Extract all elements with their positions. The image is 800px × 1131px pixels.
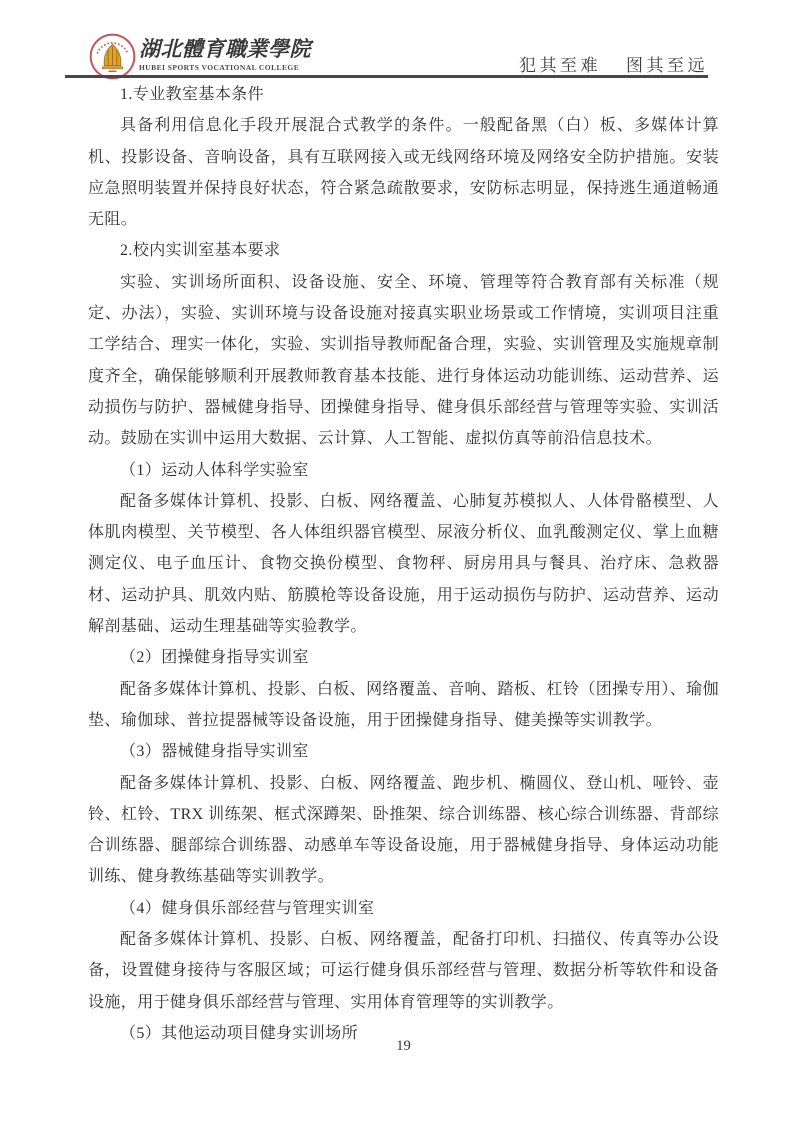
motto-left: 犯其至难 (519, 51, 601, 76)
paragraph: 配备多媒体计算机、投影、白板、网络覆盖、跑步机、椭圆仪、登山机、哑铃、壶铃、杠铃… (88, 768, 719, 893)
college-seal-icon (89, 33, 136, 80)
paragraph: 具备利用信息化手段开展混合式教学的条件。一般配备黑（白）板、多媒体计算机、投影设… (88, 110, 719, 235)
college-name-zh: 湖北體育職業學院 (139, 36, 311, 62)
subheading-1: （1）运动人体科学实验室 (88, 455, 719, 486)
subheading-2: （2）团操健身指导实训室 (88, 642, 719, 673)
header-divider (65, 75, 708, 78)
motto-right: 图其至远 (626, 51, 708, 76)
paragraph: 配备多媒体计算机、投影、白板、网络覆盖，配备打印机、扫描仪、传真等办公设备，设置… (88, 924, 719, 1018)
document-page: 湖北體育職業學院 HUBEI SPORTS VOCATIONAL COLLEGE… (0, 0, 800, 1131)
paragraph: 配备多媒体计算机、投影、白板、网络覆盖、心肺复苏模拟人、人体骨骼模型、人体肌肉模… (88, 486, 719, 642)
college-seal-logo (89, 33, 136, 80)
paragraph: 配备多媒体计算机、投影、白板、网络覆盖、音响、踏板、杠铃（团操专用）、瑜伽垫、瑜… (88, 674, 719, 737)
subheading-3: （3）器械健身指导实训室 (88, 736, 719, 767)
college-name-en: HUBEI SPORTS VOCATIONAL COLLEGE (139, 63, 311, 72)
page-number: 19 (396, 1038, 411, 1054)
document-body: 1.专业教室基本条件 具备利用信息化手段开展混合式教学的条件。一般配备黑（白）板… (88, 79, 719, 1049)
college-name-block: 湖北體育職業學院 HUBEI SPORTS VOCATIONAL COLLEGE (139, 36, 311, 72)
subheading-4: （4）健身俱乐部经营与管理实训室 (88, 893, 719, 924)
heading-2: 2.校内实训室基本要求 (88, 235, 719, 266)
page-footer: 19 (88, 1038, 719, 1055)
heading-1: 1.专业教室基本条件 (88, 79, 719, 110)
paragraph: 实验、实训场所面积、设备设施、安全、环境、管理等符合教育部有关标准（规定、办法）… (88, 267, 719, 455)
college-motto: 犯其至难 图其至远 (519, 51, 708, 76)
